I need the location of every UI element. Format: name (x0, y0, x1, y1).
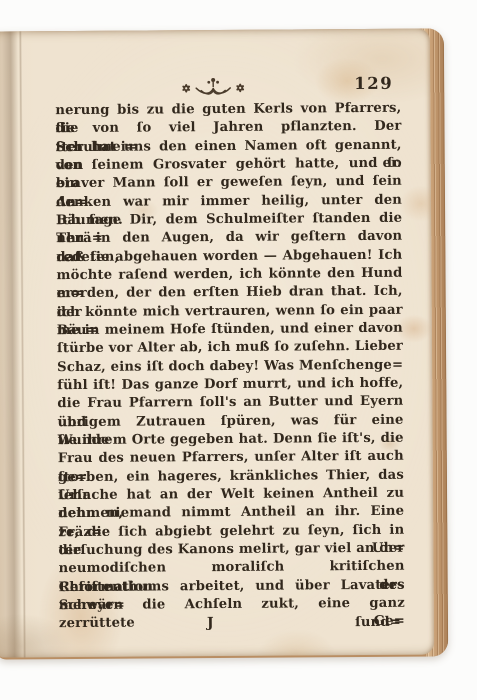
text-line: nerung bis zu die guten Kerls von Pfarre… (55, 100, 401, 121)
text-line: Ich ſage Dir, dem Schulmeiſter ſtanden d… (56, 210, 402, 231)
text-line: Frau des neuen Pfarrers, unſer Alter iſt… (58, 448, 404, 469)
text-line: braver Mann ſoll er geweſen ſeyn, und ſe… (56, 173, 402, 194)
text-line: Chriſtenthums arbeitet, und über Lavater… (59, 576, 405, 597)
text-line: Schaz, eins iſt doch dabey! Was Menſchen… (57, 356, 403, 377)
text-line: terſuchung des Kanons melirt, gar viel a… (58, 540, 404, 561)
text-line: daß ſie abgehauen worden — Abgehauen! Ic… (56, 246, 402, 267)
page-header: 129 (55, 73, 401, 101)
text-line: mereyen die Achſeln zukt, eine ganz zerr… (59, 595, 405, 616)
signature-row: J ſund= (59, 614, 405, 636)
signature-mark: J (207, 615, 214, 631)
text-line: ich könnte mich vertrauren, wenn ſo ein … (57, 301, 403, 322)
text-line: fühl iſt! Das ganze Dorf murrt, und ich … (57, 375, 403, 396)
book-photo: 129 nerung bis zu die guten Kerls von Pf… (0, 0, 477, 700)
text-line: neumodiſchen moraliſch kritiſchen Reform… (59, 558, 405, 579)
text-line: nen in den Augen, da wir geſtern davon r… (56, 228, 402, 249)
page-number: 129 (354, 74, 393, 93)
text-line: ſtürbe vor Alter ab, ich muß ſo zuſehn. … (57, 338, 403, 359)
text-line: ſie ihrem Orte gegeben hat. Denn ſie iſt… (58, 430, 404, 451)
head-vignette-icon (177, 76, 249, 99)
text-line: ſie von ſo viel Jahren pflanzten. Der Sc… (55, 118, 401, 139)
text-line: Urſache hat an der Welt keinen Antheil z… (58, 485, 404, 506)
text-line: die Frau Pfarrern ſoll's an Butter und E… (57, 393, 403, 414)
catchword: ſund= (355, 615, 401, 630)
book: 129 nerung bis zu die guten Kerls von Pf… (0, 28, 448, 659)
text-line: ſter hat uns den einen Namen oft genannt… (56, 136, 402, 157)
gutter-crease (19, 31, 26, 657)
body-text: nerung bis zu die guten Kerls von Pfarre… (55, 100, 405, 616)
text-line: ze, die ſich abgiebt gelehrt zu ſeyn, ſi… (58, 521, 404, 542)
text-line: me in meinem Hofe ſtünden, und einer dav… (57, 320, 403, 341)
text-line: von ſeinem Grosvater gehört hatte, und ſ… (56, 155, 402, 176)
text-line: ſtorben, ein hageres, kränkliches Thier,… (58, 466, 404, 487)
text-line: morden, der den erſten Hieb dran that. I… (57, 283, 403, 304)
text-line: denken war mir immer heilig, unter den B… (56, 191, 402, 212)
text-line: denn niemand nimmt Antheil an ihr. Eine … (58, 503, 404, 524)
book-page: 129 nerung bis zu die guten Kerls von Pf… (0, 29, 434, 658)
gutter-shadow (0, 31, 58, 657)
text-line: übrigem Zutrauen ſpüren, was für eine Wu… (57, 411, 403, 432)
text-line: möchte raſend werden, ich könnte den Hun… (56, 265, 402, 286)
